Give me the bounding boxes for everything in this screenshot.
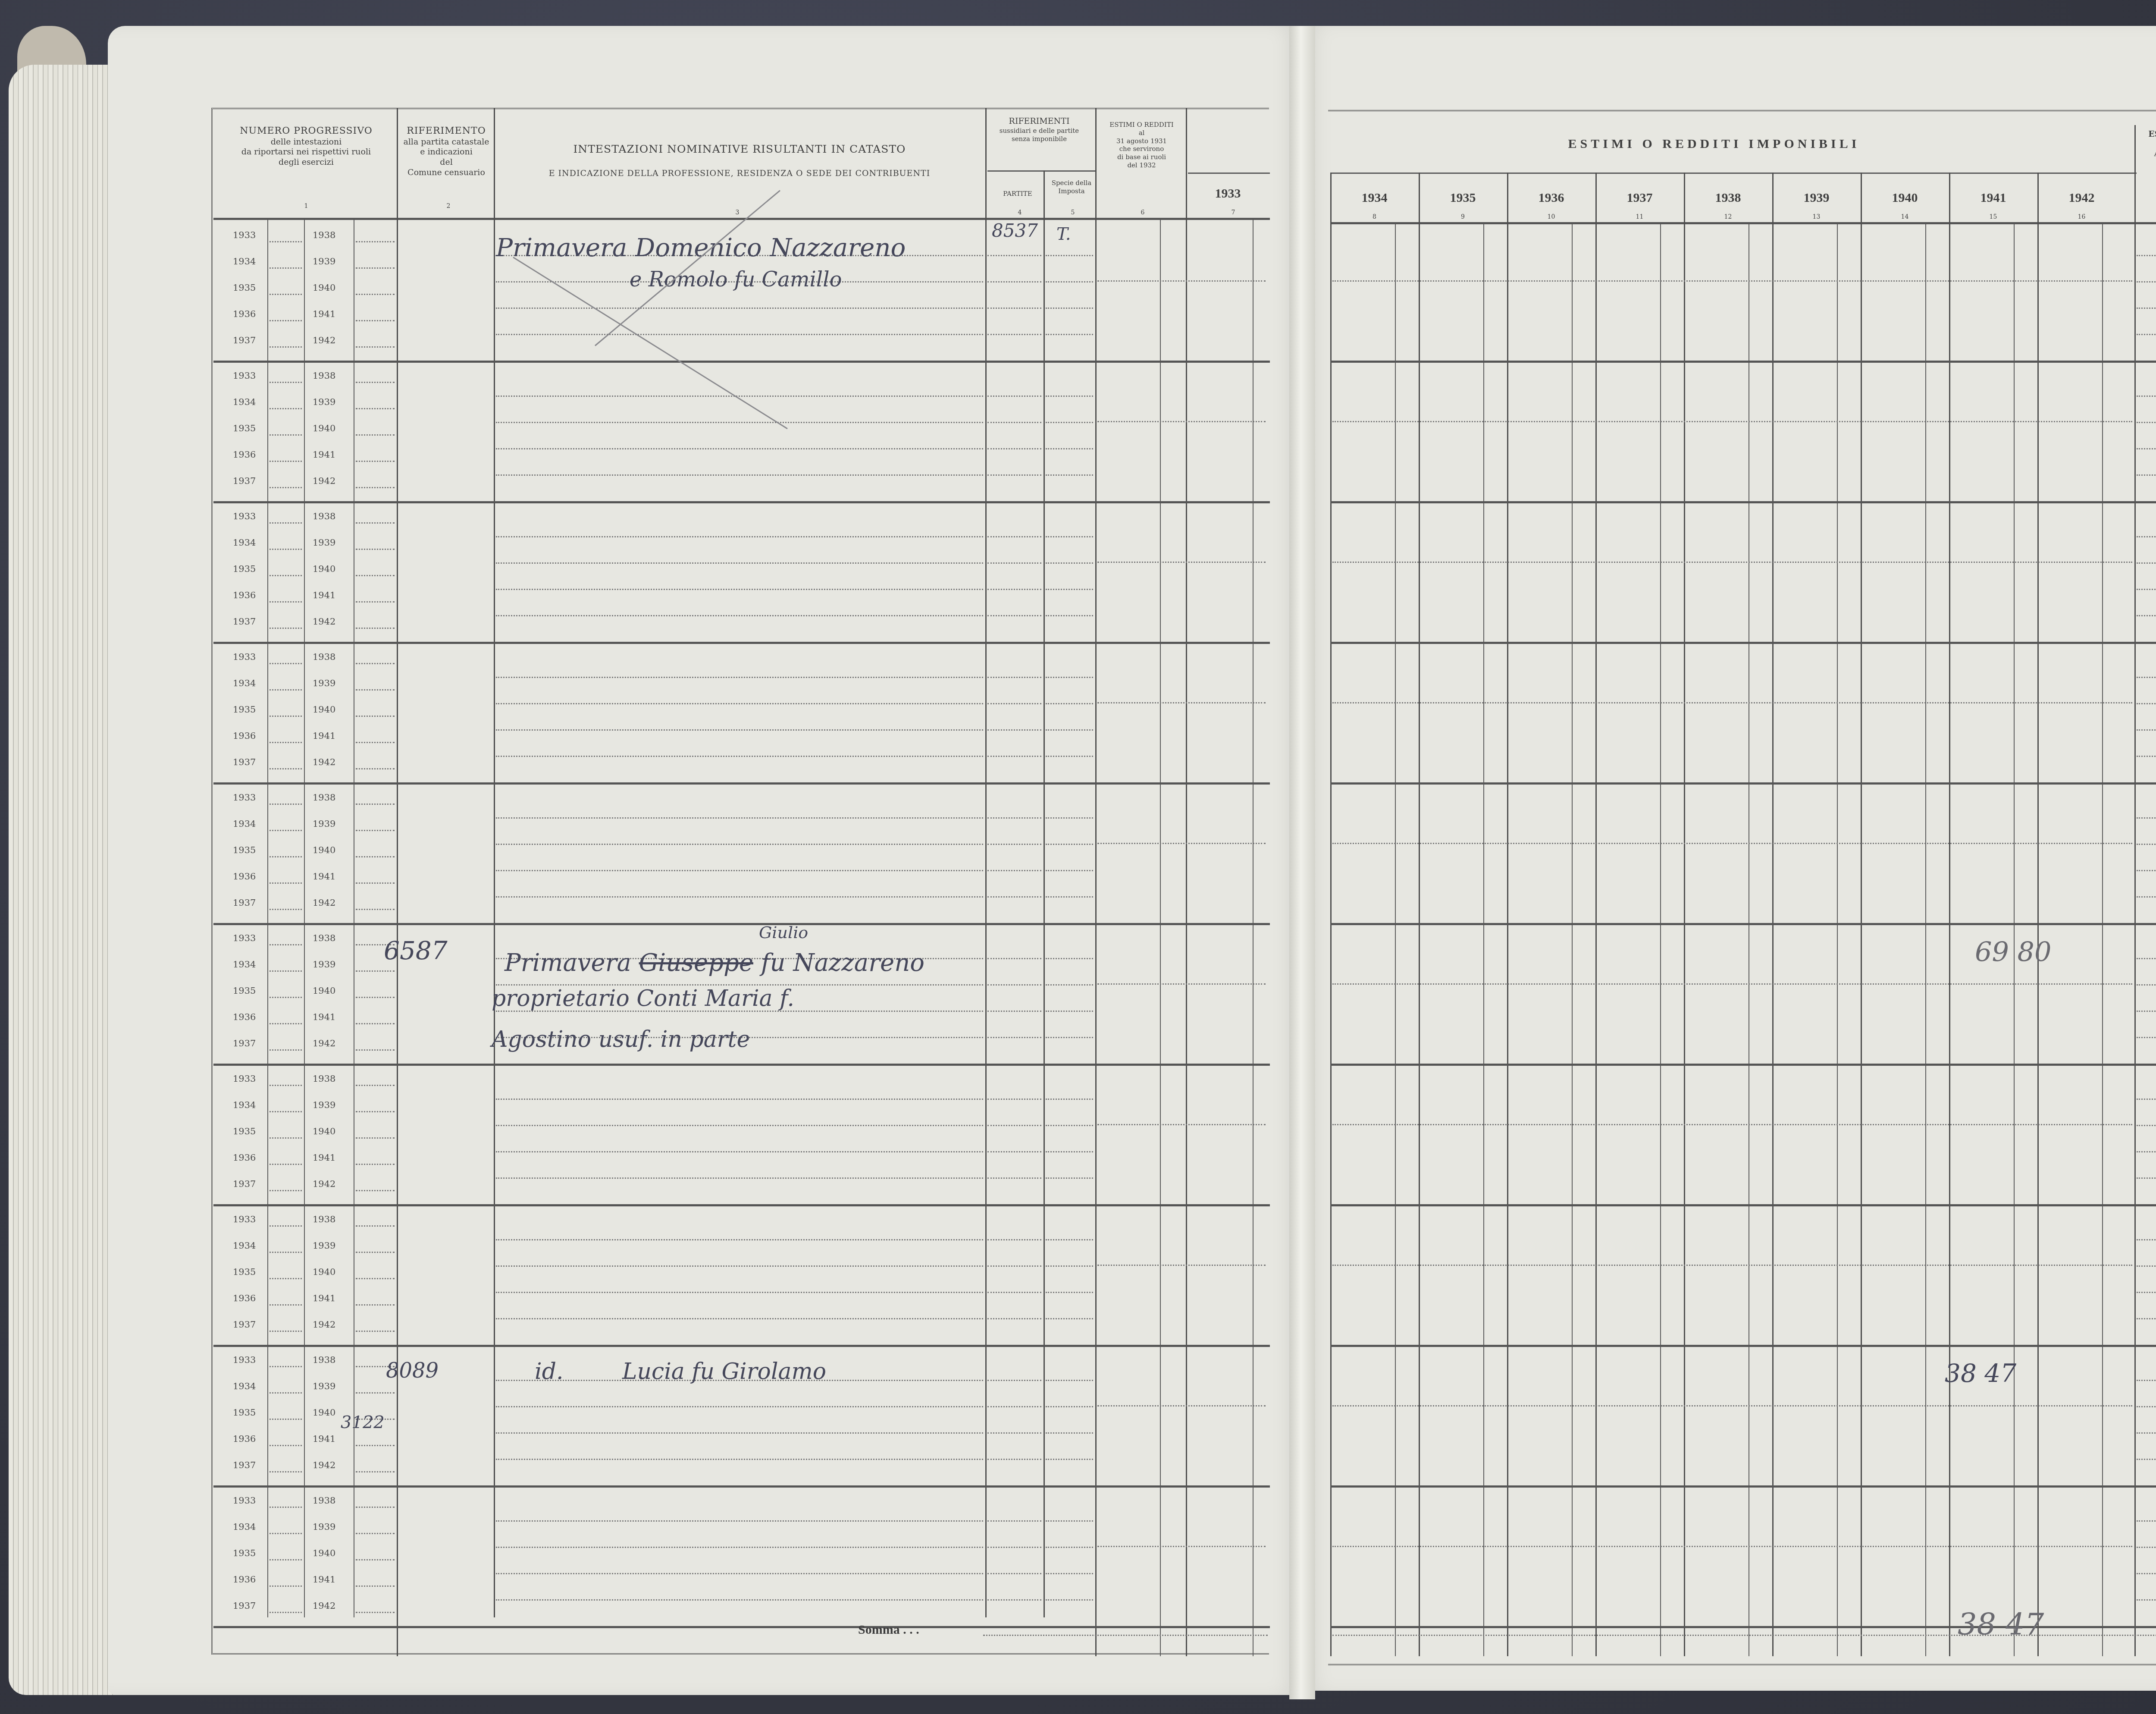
fill-line (987, 255, 1041, 256)
year-label: 1940 (313, 1126, 335, 1136)
year-label: 1937 (233, 1460, 256, 1470)
fill-line (356, 1190, 395, 1191)
year-label: 1940 (313, 986, 335, 996)
col1-title: NUMERO PROGRESSIVO (216, 125, 397, 137)
fill-line (987, 703, 1041, 704)
fill-line (496, 1520, 983, 1522)
fill-line (1097, 280, 1266, 282)
col1-line: delle intestazioni (216, 137, 397, 148)
fill-line (269, 1419, 302, 1420)
col-number: 15 (1949, 213, 2037, 221)
fill-line (2137, 474, 2156, 476)
fill-line (496, 1265, 983, 1267)
fill-line (1046, 844, 1093, 845)
fill-line (269, 689, 302, 691)
fill-line (356, 434, 395, 436)
fill-line (1046, 1177, 1093, 1179)
entry2-value-1941: 69 80 (1975, 936, 2052, 967)
fill-line (1097, 1546, 1266, 1547)
year-label: 1934 (233, 959, 256, 970)
fill-line (356, 628, 395, 629)
fill-line (1046, 562, 1093, 564)
fill-line (1046, 422, 1093, 423)
year-label: 1942 (313, 1319, 335, 1330)
fill-line (269, 997, 302, 998)
year-label: 1942 (313, 1601, 335, 1611)
fill-line (1046, 817, 1093, 819)
fill-line (1046, 1265, 1093, 1267)
year-label: 1939 (313, 1381, 335, 1391)
fill-line (987, 281, 1041, 283)
year-label: 1933 (233, 1495, 256, 1506)
fill-line (987, 1380, 1041, 1381)
col7-year: 1933 (1188, 185, 1268, 202)
fill-line (356, 267, 395, 269)
entry3-name-line1: id. Lucia fu Girolamo (535, 1359, 826, 1384)
fill-line (496, 474, 983, 476)
year-label: 1933 (233, 652, 256, 662)
col7-divider (1188, 173, 1270, 174)
fill-line (1046, 1599, 1093, 1601)
cents-divider (2102, 224, 2103, 1656)
entry2-riferimento: 6587 (384, 936, 448, 965)
block-rule (213, 361, 1270, 363)
year-header-1940: 1940 (1861, 190, 1949, 206)
col6-number: 6 (1138, 209, 1147, 217)
col3-title: INTESTAZIONI NOMINATIVE RISULTANTI IN CA… (496, 142, 983, 156)
fill-line (496, 1125, 983, 1126)
fill-line (1332, 1405, 2132, 1406)
fill-line (356, 768, 395, 769)
col-number: 13 (1772, 213, 1861, 221)
fill-line (2137, 703, 2156, 704)
year-label: 1938 (313, 1074, 335, 1084)
col-divider (1186, 108, 1187, 1656)
fill-line (1046, 255, 1093, 256)
fill-line (269, 944, 302, 945)
fill-line (1332, 983, 2132, 985)
fill-line (2137, 589, 2156, 590)
esenzioni-line: degli estimi (2137, 158, 2156, 166)
fill-line (269, 382, 302, 383)
year-label: 1941 (313, 871, 335, 882)
fill-line (496, 1406, 983, 1407)
fill-line (2137, 334, 2156, 335)
fill-line (1332, 1546, 2132, 1547)
col1-header: NUMERO PROGRESSIVO delle intestazioni da… (216, 125, 397, 168)
col-divider (1684, 173, 1685, 1656)
fill-line (987, 1239, 1041, 1240)
block-rule (1330, 361, 2156, 363)
col-subdivider (1253, 220, 1253, 1656)
fill-line (356, 487, 395, 488)
year-label: 1935 (233, 283, 256, 293)
fill-line (2137, 729, 2156, 731)
fill-line (269, 487, 302, 488)
year-label: 1938 (313, 1214, 335, 1224)
year-label: 1933 (233, 1355, 256, 1365)
year-label: 1934 (233, 1240, 256, 1251)
block-rule (213, 501, 1270, 503)
year-label: 1939 (313, 959, 335, 970)
fill-line (1046, 1547, 1093, 1548)
col6-header: ESTIMI O REDDITI al 31 agosto 1931 che s… (1097, 121, 1186, 170)
cents-divider (1395, 224, 1396, 1656)
entry3-riferimento: 8089 (386, 1359, 439, 1383)
year-label: 1936 (233, 1434, 256, 1444)
col-divider (1507, 173, 1508, 1656)
col-divider (494, 108, 495, 1617)
fill-line (356, 1559, 395, 1560)
year-header-1934: 1934 (1330, 190, 1419, 206)
fill-line (356, 408, 395, 409)
year-label: 1937 (233, 757, 256, 767)
fill-line (356, 1445, 395, 1446)
year-label: 1934 (233, 1381, 256, 1391)
fill-line (269, 1225, 302, 1227)
fill-line (269, 1445, 302, 1446)
fill-line (987, 474, 1041, 476)
entry1-partite: 8537 (992, 220, 1038, 241)
block-rule (213, 1064, 1270, 1066)
entry2-name-line2: proprietario Conti Maria f. (492, 986, 794, 1011)
year-header-1941: 1941 (1949, 190, 2037, 206)
year-header-1942: 1942 (2037, 190, 2126, 206)
col-divider (2134, 125, 2136, 1656)
block-rule (1330, 1345, 2156, 1347)
year-label: 1942 (313, 757, 335, 767)
fill-line (2137, 1547, 2156, 1548)
fill-line (2137, 422, 2156, 423)
col45-header: RIFERIMENTI sussidiari e delle partite s… (985, 116, 1093, 143)
fill-line (987, 756, 1041, 757)
fill-line (2137, 308, 2156, 309)
year-label: 1937 (233, 1319, 256, 1330)
year-label: 1941 (313, 1293, 335, 1303)
col3-subtitle: E INDICAZIONE DELLA PROFESSIONE, RESIDEN… (496, 169, 983, 179)
fill-line (2137, 1099, 2156, 1100)
fill-line (987, 1265, 1041, 1267)
fill-line (356, 1137, 395, 1139)
fill-line (987, 422, 1041, 423)
fill-line (356, 1225, 395, 1227)
fill-line (2137, 756, 2156, 757)
year-label: 1934 (233, 1522, 256, 1532)
fill-line (2137, 536, 2156, 537)
fill-line (2137, 1037, 2156, 1038)
fill-line (1046, 474, 1093, 476)
fill-line (356, 882, 395, 884)
year-label: 1939 (313, 819, 335, 829)
fill-line (356, 663, 395, 664)
block-rule (213, 1626, 1270, 1628)
fill-line (356, 575, 395, 576)
fill-line (987, 334, 1041, 335)
fill-line (1046, 896, 1093, 898)
fill-line (1046, 1406, 1093, 1407)
year-label: 1937 (233, 1179, 256, 1189)
block-rule (1330, 1204, 2156, 1206)
col1-line: da riportarsi nei rispettivi ruoli (216, 147, 397, 157)
entry3-side-number: 3122 (341, 1413, 385, 1432)
cents-divider (1660, 224, 1661, 1656)
fill-line (1097, 843, 1266, 844)
year-label: 1941 (313, 1012, 335, 1022)
year-label: 1942 (313, 476, 335, 486)
fill-line (987, 1318, 1041, 1319)
col5-label: Specie della Imposta (1050, 179, 1093, 195)
fill-line (987, 1432, 1041, 1434)
fill-line (1046, 1292, 1093, 1293)
fill-line (1046, 1520, 1093, 1522)
fill-line (2137, 255, 2156, 256)
fill-line (356, 689, 395, 691)
estimi-group-title: ESTIMI O REDDITI IMPONIBILI (1337, 136, 2091, 152)
fill-line (1046, 1037, 1093, 1038)
fill-line (269, 294, 302, 295)
year-label: 1942 (313, 616, 335, 627)
fill-line (1046, 677, 1093, 678)
col2-title: RIFERIMENTO (397, 125, 496, 137)
col2-number: 2 (444, 203, 453, 210)
year-header-1936: 1936 (1507, 190, 1595, 206)
col-number: 10 (1507, 213, 1595, 221)
year-label: 1940 (313, 1548, 335, 1558)
fill-line (987, 1547, 1041, 1548)
year-label: 1937 (233, 898, 256, 908)
fill-line (496, 448, 983, 449)
fill-line (269, 1164, 302, 1165)
fill-line (356, 1049, 395, 1051)
fill-line (987, 1011, 1041, 1012)
fill-line (2137, 1011, 2156, 1012)
fill-line (1097, 1405, 1266, 1406)
fill-line (496, 729, 983, 731)
year-label: 1938 (313, 370, 335, 381)
fill-line (1046, 1011, 1093, 1012)
block-rule (1330, 1485, 2156, 1488)
block-rule (213, 642, 1270, 644)
page-edges-left (9, 65, 121, 1695)
year-label: 1936 (233, 731, 256, 741)
fill-line (1046, 308, 1093, 309)
fill-line (269, 768, 302, 769)
col6-line: 31 agosto 1931 (1097, 137, 1186, 145)
year-label: 1938 (313, 652, 335, 662)
fill-line (1332, 1265, 2132, 1266)
year-label: 1936 (233, 309, 256, 319)
fill-line (496, 1573, 983, 1574)
fill-line (1046, 1459, 1093, 1460)
fill-line (2137, 448, 2156, 449)
year-label: 1933 (233, 1214, 256, 1224)
year-label: 1933 (233, 370, 256, 381)
year-label: 1938 (313, 1355, 335, 1365)
year-label: 1937 (233, 476, 256, 486)
fill-line (1097, 421, 1266, 422)
fill-line (269, 830, 302, 831)
col6-line: del 1932 (1097, 161, 1186, 170)
col-divider (1095, 108, 1097, 1656)
fill-line (269, 1304, 302, 1306)
fill-line (2137, 1573, 2156, 1574)
fill-line (496, 1432, 983, 1434)
fill-line (2137, 958, 2156, 959)
entry1-name-line1: Primavera Domenico Nazzareno (496, 233, 906, 262)
year-label: 1933 (233, 511, 256, 521)
col-divider (1595, 173, 1597, 1656)
block-rule (213, 1485, 1270, 1488)
col-divider (1861, 173, 1862, 1656)
fill-line (987, 1459, 1041, 1460)
sum-label: Somma . . . (858, 1623, 919, 1637)
fill-line (1046, 1318, 1093, 1319)
year-label: 1940 (313, 1407, 335, 1418)
col5-number: 5 (1069, 209, 1077, 217)
year-label: 1933 (233, 230, 256, 240)
col-number: 8 (1330, 213, 1419, 221)
fill-line (1046, 1099, 1093, 1100)
fill-line (356, 241, 395, 242)
fill-line (496, 1292, 983, 1293)
fill-line (356, 909, 395, 910)
col6-line: al (1097, 129, 1186, 137)
year-label: 1939 (313, 678, 335, 688)
fill-line (1046, 1125, 1093, 1126)
fill-line (269, 601, 302, 603)
fill-line (269, 522, 302, 524)
entry2-father: fu Nazzareno (761, 949, 924, 977)
fill-line (269, 1111, 302, 1112)
fill-line (496, 817, 983, 819)
year-label: 1942 (313, 898, 335, 908)
fill-line (269, 241, 302, 242)
col3-number: 3 (733, 209, 742, 217)
fill-line (496, 308, 983, 309)
year-label: 1935 (233, 1548, 256, 1558)
fill-line (1097, 983, 1266, 985)
year-label: 1934 (233, 1100, 256, 1110)
year-label: 1935 (233, 845, 256, 855)
fill-line (2137, 1599, 2156, 1601)
year-header-1935: 1935 (1419, 190, 1507, 206)
fill-line (2137, 1406, 2156, 1407)
col45-line: sussidiari e delle partite (985, 127, 1093, 135)
right-table-frame (1328, 110, 2156, 1665)
cents-divider (1837, 224, 1838, 1656)
year-label: 1942 (313, 1179, 335, 1189)
fill-line (356, 1331, 395, 1332)
fill-line (269, 434, 302, 436)
year-label: 1937 (233, 335, 256, 345)
fill-line (356, 1471, 395, 1472)
fill-line (356, 294, 395, 295)
block-rule (1330, 1064, 2156, 1066)
fill-line (269, 909, 302, 910)
fill-line (1332, 1124, 2132, 1125)
cents-divider (1925, 224, 1926, 1656)
year-label: 1939 (313, 537, 335, 548)
cents-divider (1572, 224, 1573, 1656)
fill-line (269, 346, 302, 348)
fill-line (987, 817, 1041, 819)
fill-line (1046, 615, 1093, 616)
fill-line (2137, 896, 2156, 898)
fill-line (356, 522, 395, 524)
fill-line (496, 756, 983, 757)
col-divider (1419, 173, 1420, 1656)
fill-line (269, 1392, 302, 1394)
block-rule (213, 923, 1270, 925)
fill-line (269, 320, 302, 321)
esenzioni-line: Ammontare (2137, 150, 2156, 158)
sum-dotted-line (1332, 1635, 2156, 1636)
year-label: 1941 (313, 590, 335, 600)
year-label: 1941 (313, 449, 335, 460)
fill-line (269, 856, 302, 857)
fill-line (1097, 1265, 1266, 1266)
fill-line (2137, 1265, 2156, 1267)
fill-line (987, 958, 1041, 959)
year-label: 1934 (233, 537, 256, 548)
fill-line (1046, 1380, 1093, 1381)
year-label: 1936 (233, 1574, 256, 1585)
fill-line (496, 1099, 983, 1100)
year-label: 1940 (313, 564, 335, 574)
col-subdivider (1160, 220, 1161, 1656)
col-divider (397, 108, 398, 1656)
fill-line (269, 1585, 302, 1587)
year-label: 1942 (313, 335, 335, 345)
fill-line (1332, 702, 2132, 703)
year-label: 1940 (313, 1267, 335, 1277)
fill-line (1097, 702, 1266, 703)
fill-line (2137, 396, 2156, 397)
fill-line (987, 536, 1041, 537)
col-divider (1330, 173, 1332, 1656)
fill-line (356, 856, 395, 857)
fill-line (987, 1292, 1041, 1293)
fill-line (1046, 756, 1093, 757)
year-label: 1940 (313, 704, 335, 715)
esenzioni-title: ESENZIONI (2137, 129, 2156, 140)
left-header-rule (213, 218, 1270, 220)
esenzioni-line: o redditi (2137, 166, 2156, 174)
year-label: 1935 (233, 564, 256, 574)
fill-line (2137, 281, 2156, 283)
year-label: 1936 (233, 1293, 256, 1303)
col45-line: senza imponibile (985, 135, 1093, 143)
year-header-1938: 1938 (1684, 190, 1772, 206)
col-divider (1949, 173, 1950, 1656)
year-label: 1941 (313, 309, 335, 319)
fill-line (987, 677, 1041, 678)
year-label: 1939 (313, 397, 335, 407)
fill-line (987, 870, 1041, 871)
fill-line (496, 1177, 983, 1179)
fill-line (496, 677, 983, 678)
year-label: 1941 (313, 1574, 335, 1585)
year-label: 1938 (313, 1495, 335, 1506)
year-label: 1935 (233, 1126, 256, 1136)
year-label: 1935 (233, 986, 256, 996)
fill-line (2137, 984, 2156, 986)
year-label: 1934 (233, 819, 256, 829)
book-gutter (1289, 26, 1315, 1699)
col2-line: del (397, 157, 496, 168)
col-number: 14 (1861, 213, 1949, 221)
fill-line (269, 663, 302, 664)
